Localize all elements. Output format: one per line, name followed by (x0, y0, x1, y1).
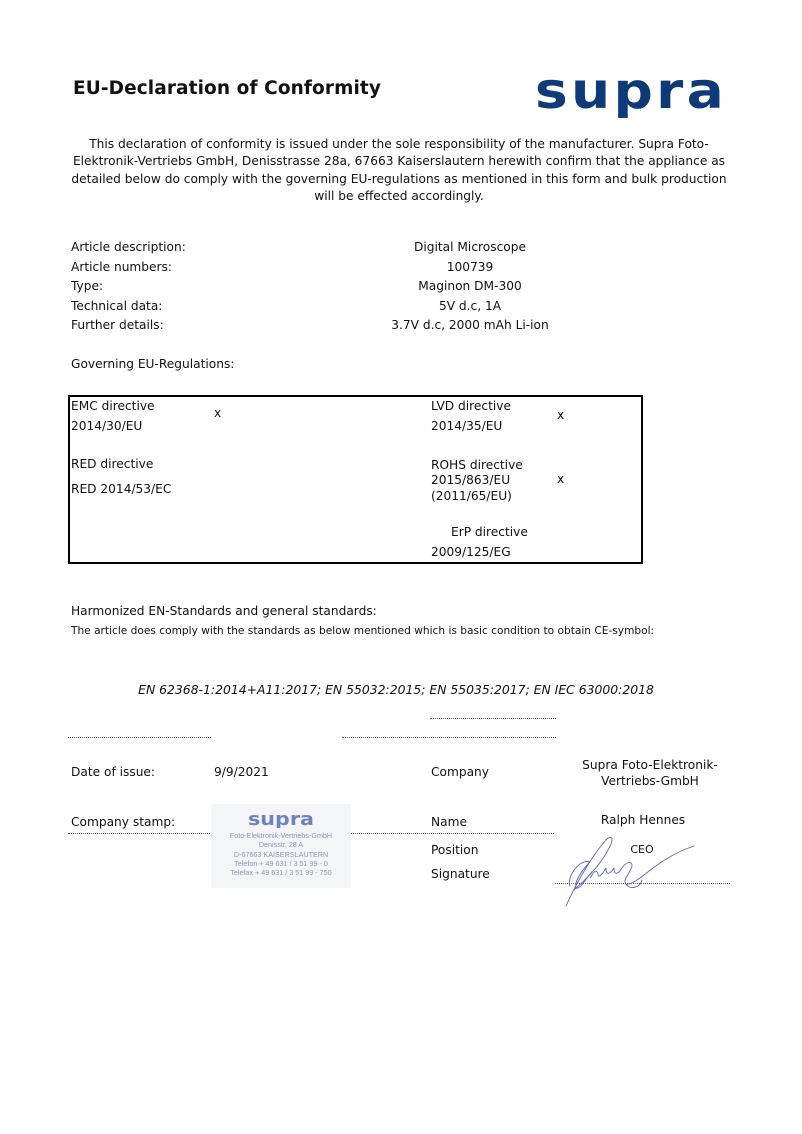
svg-text:supra: supra (248, 810, 314, 828)
rohs-checkmark: x (557, 472, 564, 486)
dotted-line (430, 718, 556, 719)
regulations-heading: Governing EU-Regulations: (71, 357, 234, 371)
rohs-directive-name: ROHS directive (431, 458, 523, 472)
lvd-directive-code: 2014/35/EU (431, 419, 502, 433)
value-type: Maginon DM-300 (340, 279, 600, 293)
rohs-directive-code-old: (2011/65/EU) (431, 489, 512, 503)
dotted-line (342, 737, 556, 738)
handwritten-signature (560, 828, 710, 908)
red-directive-code: RED 2014/53/EC (71, 482, 171, 496)
standards-subheading: The article does comply with the standar… (71, 625, 654, 637)
name-label: Name (431, 815, 467, 829)
label-type: Type: (71, 279, 103, 293)
position-label: Position (431, 843, 478, 857)
red-directive-name: RED directive (71, 457, 153, 471)
signature-label: Signature (431, 867, 490, 881)
label-article-description: Article description: (71, 240, 186, 254)
company-stamp-label: Company stamp: (71, 815, 175, 829)
company-value-line2: Vertriebs-GmbH (565, 773, 735, 789)
company-stamp: supra Foto-Elektronik-Vertriebs-GmbH Den… (211, 804, 351, 888)
stamp-line-city: D-67663 KAISERSLAUTERN (211, 850, 351, 859)
company-label: Company (431, 765, 489, 779)
supra-logo: supra (533, 72, 729, 118)
erp-directive-name: ErP directive (451, 525, 528, 539)
company-value-line1: Supra Foto-Elektronik- (565, 757, 735, 773)
label-article-numbers: Article numbers: (71, 260, 172, 274)
emc-directive-code: 2014/30/EU (71, 419, 142, 433)
date-of-issue-label: Date of issue: (71, 765, 155, 779)
label-further-details: Further details: (71, 318, 164, 332)
name-value: Ralph Hennes (585, 813, 701, 827)
dotted-line (68, 737, 211, 738)
stamp-line-street: Denisstr. 28 A (211, 840, 351, 849)
company-value: Supra Foto-Elektronik- Vertriebs-GmbH (565, 757, 735, 789)
label-technical-data: Technical data: (71, 299, 162, 313)
rohs-directive-code: 2015/863/EU (431, 473, 510, 487)
stamp-line-company: Foto-Elektronik-Vertriebs-GmbH (211, 831, 351, 840)
stamp-line-fax: Telefax + 49 631 / 3 51 99 - 750 (211, 868, 351, 877)
value-technical-data: 5V d.c, 1A (340, 299, 600, 313)
standards-heading: Harmonized EN-Standards and general stan… (71, 604, 377, 618)
value-article-numbers: 100739 (340, 260, 600, 274)
date-of-issue-value: 9/9/2021 (214, 765, 269, 779)
value-further-details: 3.7V d.c, 2000 mAh Li-ion (340, 318, 600, 332)
standards-list: EN 62368-1:2014+A11:2017; EN 55032:2015;… (60, 682, 732, 697)
logo-text: supra (535, 72, 727, 118)
value-article-description: Digital Microscope (340, 240, 600, 254)
emc-checkmark: x (214, 406, 221, 420)
stamp-logo: supra (246, 810, 316, 828)
document-title: EU-Declaration of Conformity (73, 78, 381, 99)
intro-paragraph: This declaration of conformity is issued… (66, 136, 732, 205)
emc-directive-name: EMC directive (71, 399, 155, 413)
stamp-line-phone: Telefon + 49 631 / 3 51 99 - 0 (211, 859, 351, 868)
erp-directive-code: 2009/125/EG (431, 545, 511, 559)
lvd-checkmark: x (557, 408, 564, 422)
lvd-directive-name: LVD directive (431, 399, 511, 413)
